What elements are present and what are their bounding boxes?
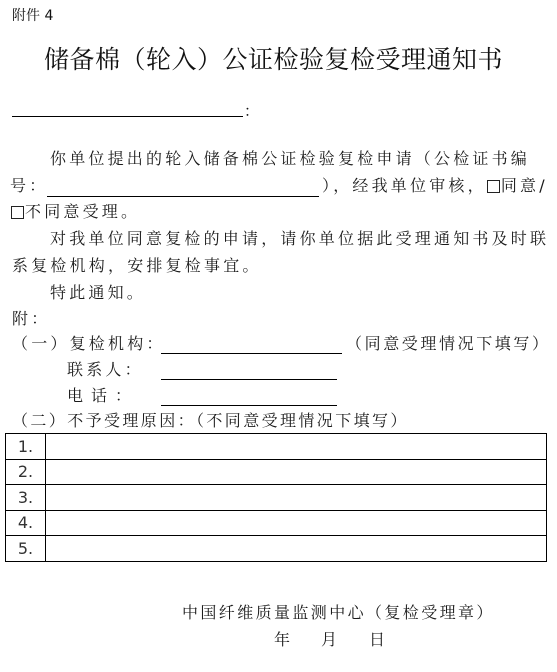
paragraph1-line1: 你单位提出的轮入储备棉公证检验复检申请（公检证书编: [50, 149, 530, 169]
contact-label: 联系人：: [67, 360, 144, 380]
paragraph1-line2-suffix: ），经我单位审核，同意/: [322, 176, 548, 196]
attachment-label: 附件 4: [12, 5, 53, 25]
recipient-field[interactable]: [12, 116, 243, 117]
reason-cell[interactable]: [46, 459, 547, 485]
recipient-colon: ：: [244, 100, 259, 121]
review-text: ），经我单位审核，: [322, 176, 487, 195]
table-row: 1.: [6, 434, 547, 460]
disagree-checkbox[interactable]: [11, 206, 24, 219]
row-number: 5.: [6, 536, 46, 562]
paragraph1-line3: 不同意受理。: [11, 202, 140, 222]
document-title: 储备棉（轮入）公证检验复检受理通知书: [44, 40, 503, 76]
agree-label: 同意/: [501, 176, 548, 195]
agree-checkbox[interactable]: [487, 180, 500, 193]
row-number: 3.: [6, 485, 46, 511]
row-number: 1.: [6, 434, 46, 460]
date-day-label: 日: [369, 630, 388, 650]
certificate-number-field[interactable]: [47, 196, 319, 197]
paragraph2-line2: 系复检机构，安排复检事宜。: [12, 256, 262, 276]
date-month-label: 月: [321, 630, 340, 650]
paragraph2-line1: 对我单位同意复检的申请，请你单位据此受理通知书及时联: [50, 229, 549, 249]
reason-cell[interactable]: [46, 510, 547, 536]
reason-cell[interactable]: [46, 536, 547, 562]
phone-label: 电话：: [67, 386, 139, 406]
phone-field[interactable]: [161, 405, 337, 406]
date-year-label: 年: [274, 630, 293, 650]
disagree-label: 不同意受理。: [25, 202, 140, 221]
contact-field[interactable]: [161, 379, 337, 380]
section1-institution-label: （一）复检机构：: [12, 334, 166, 354]
table-row: 4.: [6, 510, 547, 536]
reason-cell[interactable]: [46, 485, 547, 511]
row-number: 4.: [6, 510, 46, 536]
table-row: 2.: [6, 459, 547, 485]
reason-cell[interactable]: [46, 434, 547, 460]
row-number: 2.: [6, 459, 46, 485]
section2-label: （二）不予受理原因：（不同意受理情况下填写）: [12, 411, 409, 431]
certificate-number-label: 号：: [10, 176, 48, 196]
closing-text: 特此通知。: [50, 283, 146, 303]
table-row: 5.: [6, 536, 547, 562]
institution-field[interactable]: [161, 353, 342, 354]
table-row: 3.: [6, 485, 547, 511]
appendix-label: 附：: [12, 309, 50, 329]
section1-note: （同意受理情况下填写）: [346, 334, 551, 354]
rejection-reasons-table: 1. 2. 3. 4. 5.: [5, 433, 547, 562]
issuer-seal-label: 中国纤维质量监测中心（复检受理章）: [182, 603, 495, 623]
